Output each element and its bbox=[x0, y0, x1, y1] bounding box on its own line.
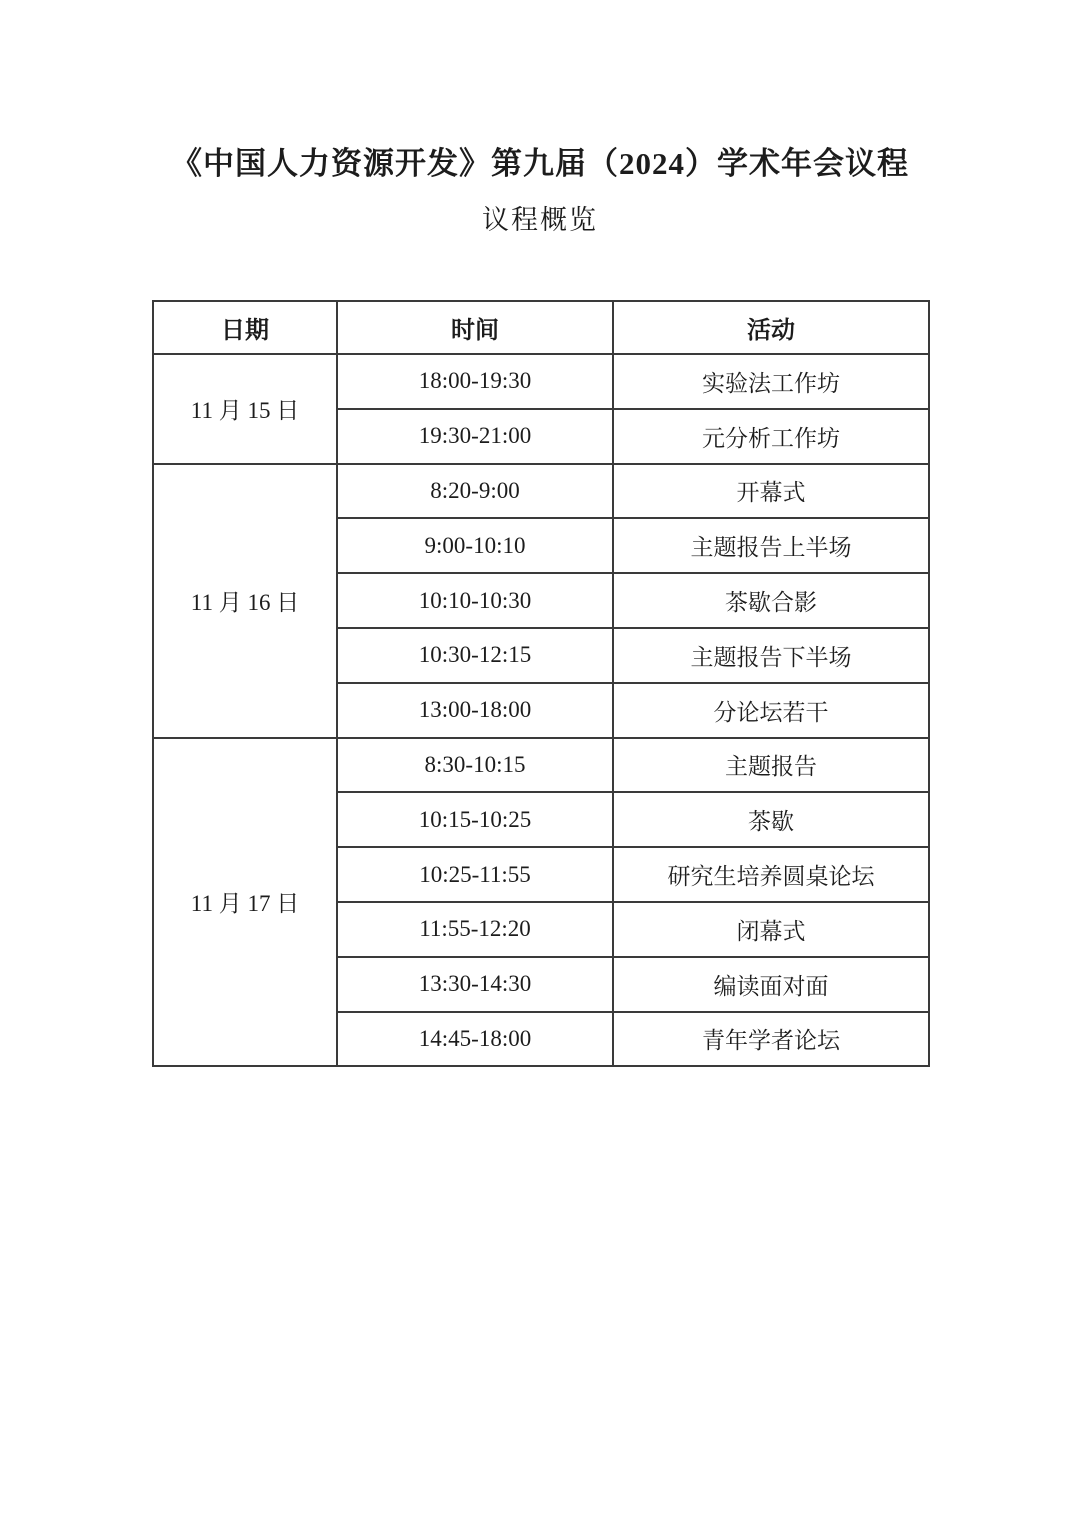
header-time: 时间 bbox=[337, 301, 613, 354]
time-cell: 11:55-12:20 bbox=[337, 902, 613, 957]
header-date: 日期 bbox=[153, 301, 337, 354]
activity-cell: 茶歇合影 bbox=[613, 573, 929, 628]
page-subtitle: 议程概览 bbox=[0, 198, 1080, 237]
activity-cell: 青年学者论坛 bbox=[613, 1012, 929, 1067]
time-cell: 10:10-10:30 bbox=[337, 573, 613, 628]
page-title: 《中国人力资源开发》第九届（2024）学术年会议程 bbox=[0, 138, 1080, 183]
agenda-table: 日期 时间 活动 11 月 15 日18:00-19:30实验法工作坊19:30… bbox=[152, 300, 930, 1067]
time-cell: 14:45-18:00 bbox=[337, 1012, 613, 1067]
table-header-row: 日期 时间 活动 bbox=[153, 301, 929, 354]
time-cell: 18:00-19:30 bbox=[337, 354, 613, 409]
date-cell: 11 月 16 日 bbox=[153, 464, 337, 738]
time-cell: 13:00-18:00 bbox=[337, 683, 613, 738]
time-cell: 13:30-14:30 bbox=[337, 957, 613, 1012]
date-cell: 11 月 17 日 bbox=[153, 738, 337, 1067]
activity-cell: 主题报告下半场 bbox=[613, 628, 929, 683]
date-cell: 11 月 15 日 bbox=[153, 354, 337, 464]
time-cell: 9:00-10:10 bbox=[337, 518, 613, 573]
activity-cell: 分论坛若干 bbox=[613, 683, 929, 738]
time-cell: 10:15-10:25 bbox=[337, 792, 613, 847]
activity-cell: 茶歇 bbox=[613, 792, 929, 847]
time-cell: 8:20-9:00 bbox=[337, 464, 613, 519]
header-activity: 活动 bbox=[613, 301, 929, 354]
activity-cell: 研究生培养圆桌论坛 bbox=[613, 847, 929, 902]
time-cell: 19:30-21:00 bbox=[337, 409, 613, 464]
time-cell: 10:30-12:15 bbox=[337, 628, 613, 683]
table-row: 11 月 15 日18:00-19:30实验法工作坊 bbox=[153, 354, 929, 409]
time-cell: 8:30-10:15 bbox=[337, 738, 613, 793]
activity-cell: 元分析工作坊 bbox=[613, 409, 929, 464]
time-cell: 10:25-11:55 bbox=[337, 847, 613, 902]
table-row: 11 月 17 日8:30-10:15主题报告 bbox=[153, 738, 929, 793]
activity-cell: 主题报告 bbox=[613, 738, 929, 793]
activity-cell: 主题报告上半场 bbox=[613, 518, 929, 573]
activity-cell: 编读面对面 bbox=[613, 957, 929, 1012]
table-row: 11 月 16 日8:20-9:00开幕式 bbox=[153, 464, 929, 519]
activity-cell: 闭幕式 bbox=[613, 902, 929, 957]
activity-cell: 实验法工作坊 bbox=[613, 354, 929, 409]
activity-cell: 开幕式 bbox=[613, 464, 929, 519]
